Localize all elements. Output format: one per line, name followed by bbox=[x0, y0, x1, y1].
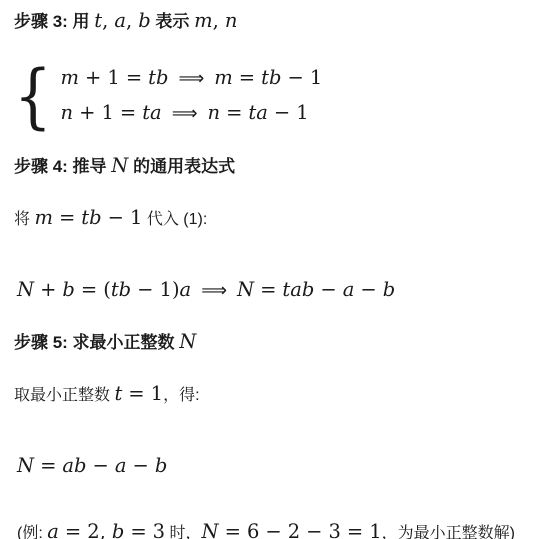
text-token: t bbox=[114, 382, 122, 405]
text-token: N bbox=[237, 278, 254, 301]
text-token: ⟹ bbox=[172, 103, 198, 124]
example-note: (例: a=2,b=3 时，N=6−2−3=1，为最小正整数解) bbox=[14, 520, 555, 539]
text-token: , bbox=[102, 9, 108, 32]
text-token: m bbox=[61, 66, 80, 89]
text-token: m bbox=[34, 206, 53, 229]
text-token: b bbox=[112, 520, 124, 539]
text-token: 1 bbox=[151, 382, 163, 405]
text-token: tb bbox=[261, 66, 281, 89]
text-token: N bbox=[202, 520, 219, 539]
text-token: ta bbox=[248, 101, 267, 124]
text-token: 将 bbox=[14, 211, 34, 228]
equation-n-minimal: N=ab−a−b bbox=[14, 454, 555, 480]
text-token: n bbox=[225, 9, 238, 32]
text-token: 1 bbox=[369, 520, 381, 539]
text-token: = bbox=[347, 520, 363, 539]
text-token: 2 bbox=[87, 520, 99, 539]
math-solution-document: 步骤 3: 用 t,a,b 表示 m,n { m+1=tb⟹m=tb−1 n+1… bbox=[0, 0, 555, 539]
text-token: , bbox=[213, 9, 219, 32]
text-token: a bbox=[115, 454, 127, 477]
text-token: = bbox=[126, 66, 142, 89]
text-token: N bbox=[17, 278, 34, 301]
text-token: a bbox=[47, 520, 59, 539]
cases-line-1: m+1=tb⟹m=tb−1 bbox=[61, 61, 323, 96]
text-token: 1 bbox=[130, 206, 142, 229]
text-token: t bbox=[94, 9, 102, 32]
text-token: = bbox=[226, 101, 242, 124]
cases-lines: m+1=tb⟹m=tb−1 n+1=ta⟹n=ta−1 bbox=[61, 61, 323, 131]
text-token: 时， bbox=[165, 525, 201, 539]
text-token: N bbox=[17, 454, 34, 477]
text-token: 1 bbox=[310, 66, 322, 89]
text-token: a bbox=[114, 9, 126, 32]
text-token: tb bbox=[111, 278, 131, 301]
left-brace: { bbox=[14, 59, 52, 133]
cases-equation-block: { m+1=tb⟹m=tb−1 n+1=ta⟹n=ta−1 bbox=[14, 59, 555, 133]
text-token: b bbox=[383, 278, 395, 301]
text-token: a bbox=[343, 278, 355, 301]
text-token: N bbox=[179, 330, 196, 353]
text-token: (例: bbox=[17, 525, 47, 539]
text-token: 步骤 4: 推导 bbox=[14, 157, 111, 176]
text-token: 3 bbox=[328, 520, 340, 539]
text-token: , bbox=[126, 9, 132, 32]
step-3-heading: 步骤 3: 用 t,a,b 表示 m,n bbox=[14, 9, 555, 35]
text-token: a bbox=[180, 278, 192, 301]
text-token: = bbox=[128, 382, 144, 405]
text-token: 1 bbox=[107, 66, 119, 89]
text-token: 的通用表达式 bbox=[128, 157, 235, 176]
text-token: ) bbox=[172, 278, 180, 301]
text-token: m bbox=[194, 9, 213, 32]
text-token: = bbox=[120, 101, 136, 124]
text-token: = bbox=[130, 520, 146, 539]
text-token: − bbox=[274, 101, 290, 124]
text-token: 2 bbox=[288, 520, 300, 539]
text-token: − bbox=[93, 454, 109, 477]
text-token: ，得: bbox=[163, 387, 199, 404]
text-token: = bbox=[260, 278, 276, 301]
step-4-heading: 步骤 4: 推导 N 的通用表达式 bbox=[14, 154, 555, 180]
text-token: 表示 bbox=[151, 12, 194, 31]
text-token: b bbox=[155, 454, 167, 477]
text-token: − bbox=[265, 520, 281, 539]
text-token: = bbox=[81, 278, 97, 301]
text-token: n bbox=[208, 101, 221, 124]
text-token: + bbox=[40, 278, 56, 301]
text-token: tb bbox=[148, 66, 168, 89]
text-token: b bbox=[138, 9, 150, 32]
text-token: , bbox=[100, 520, 106, 539]
text-token: ⟹ bbox=[178, 68, 204, 89]
text-token: 取最小正整数 bbox=[14, 387, 114, 404]
text-token: 6 bbox=[247, 520, 259, 539]
text-token: + bbox=[85, 66, 101, 89]
cases-line-2: n+1=ta⟹n=ta−1 bbox=[61, 96, 323, 131]
text-token: − bbox=[287, 66, 303, 89]
text-token: = bbox=[59, 206, 75, 229]
text-token: − bbox=[306, 520, 322, 539]
text-token: ⟹ bbox=[201, 280, 227, 301]
text-token: 代入 (1): bbox=[142, 211, 207, 228]
text-token: 1 bbox=[101, 101, 113, 124]
text-token: = bbox=[65, 520, 81, 539]
text-token: − bbox=[133, 454, 149, 477]
equation-n-general: N+b=(tb−1)a⟹N=tab−a−b bbox=[14, 278, 555, 304]
text-token: tb bbox=[81, 206, 101, 229]
text-token: n bbox=[61, 101, 74, 124]
text-token: = bbox=[225, 520, 241, 539]
text-token: tab bbox=[282, 278, 314, 301]
step-5-heading: 步骤 5: 求最小正整数 N bbox=[14, 330, 555, 356]
text-token: − bbox=[320, 278, 336, 301]
text-token: 1 bbox=[296, 101, 308, 124]
take-t-equals-1-text: 取最小正整数 t=1，得: bbox=[14, 382, 555, 408]
text-token: ( bbox=[103, 278, 111, 301]
text-token: 步骤 5: 求最小正整数 bbox=[14, 333, 179, 352]
text-token: + bbox=[79, 101, 95, 124]
substitution-text: 将 m=tb−1 代入 (1): bbox=[14, 206, 555, 232]
text-token: = bbox=[239, 66, 255, 89]
text-token: 步骤 3: 用 bbox=[14, 12, 94, 31]
text-token: ，为最小正整数解) bbox=[382, 525, 515, 539]
text-token: 1 bbox=[160, 278, 172, 301]
text-token: ab bbox=[62, 454, 86, 477]
text-token: N bbox=[111, 154, 128, 177]
text-token: = bbox=[40, 454, 56, 477]
text-token: m bbox=[214, 66, 233, 89]
text-token: 3 bbox=[153, 520, 165, 539]
text-token: − bbox=[360, 278, 376, 301]
text-token: b bbox=[62, 278, 74, 301]
text-token: − bbox=[137, 278, 153, 301]
text-token: − bbox=[108, 206, 124, 229]
text-token: ta bbox=[142, 101, 161, 124]
